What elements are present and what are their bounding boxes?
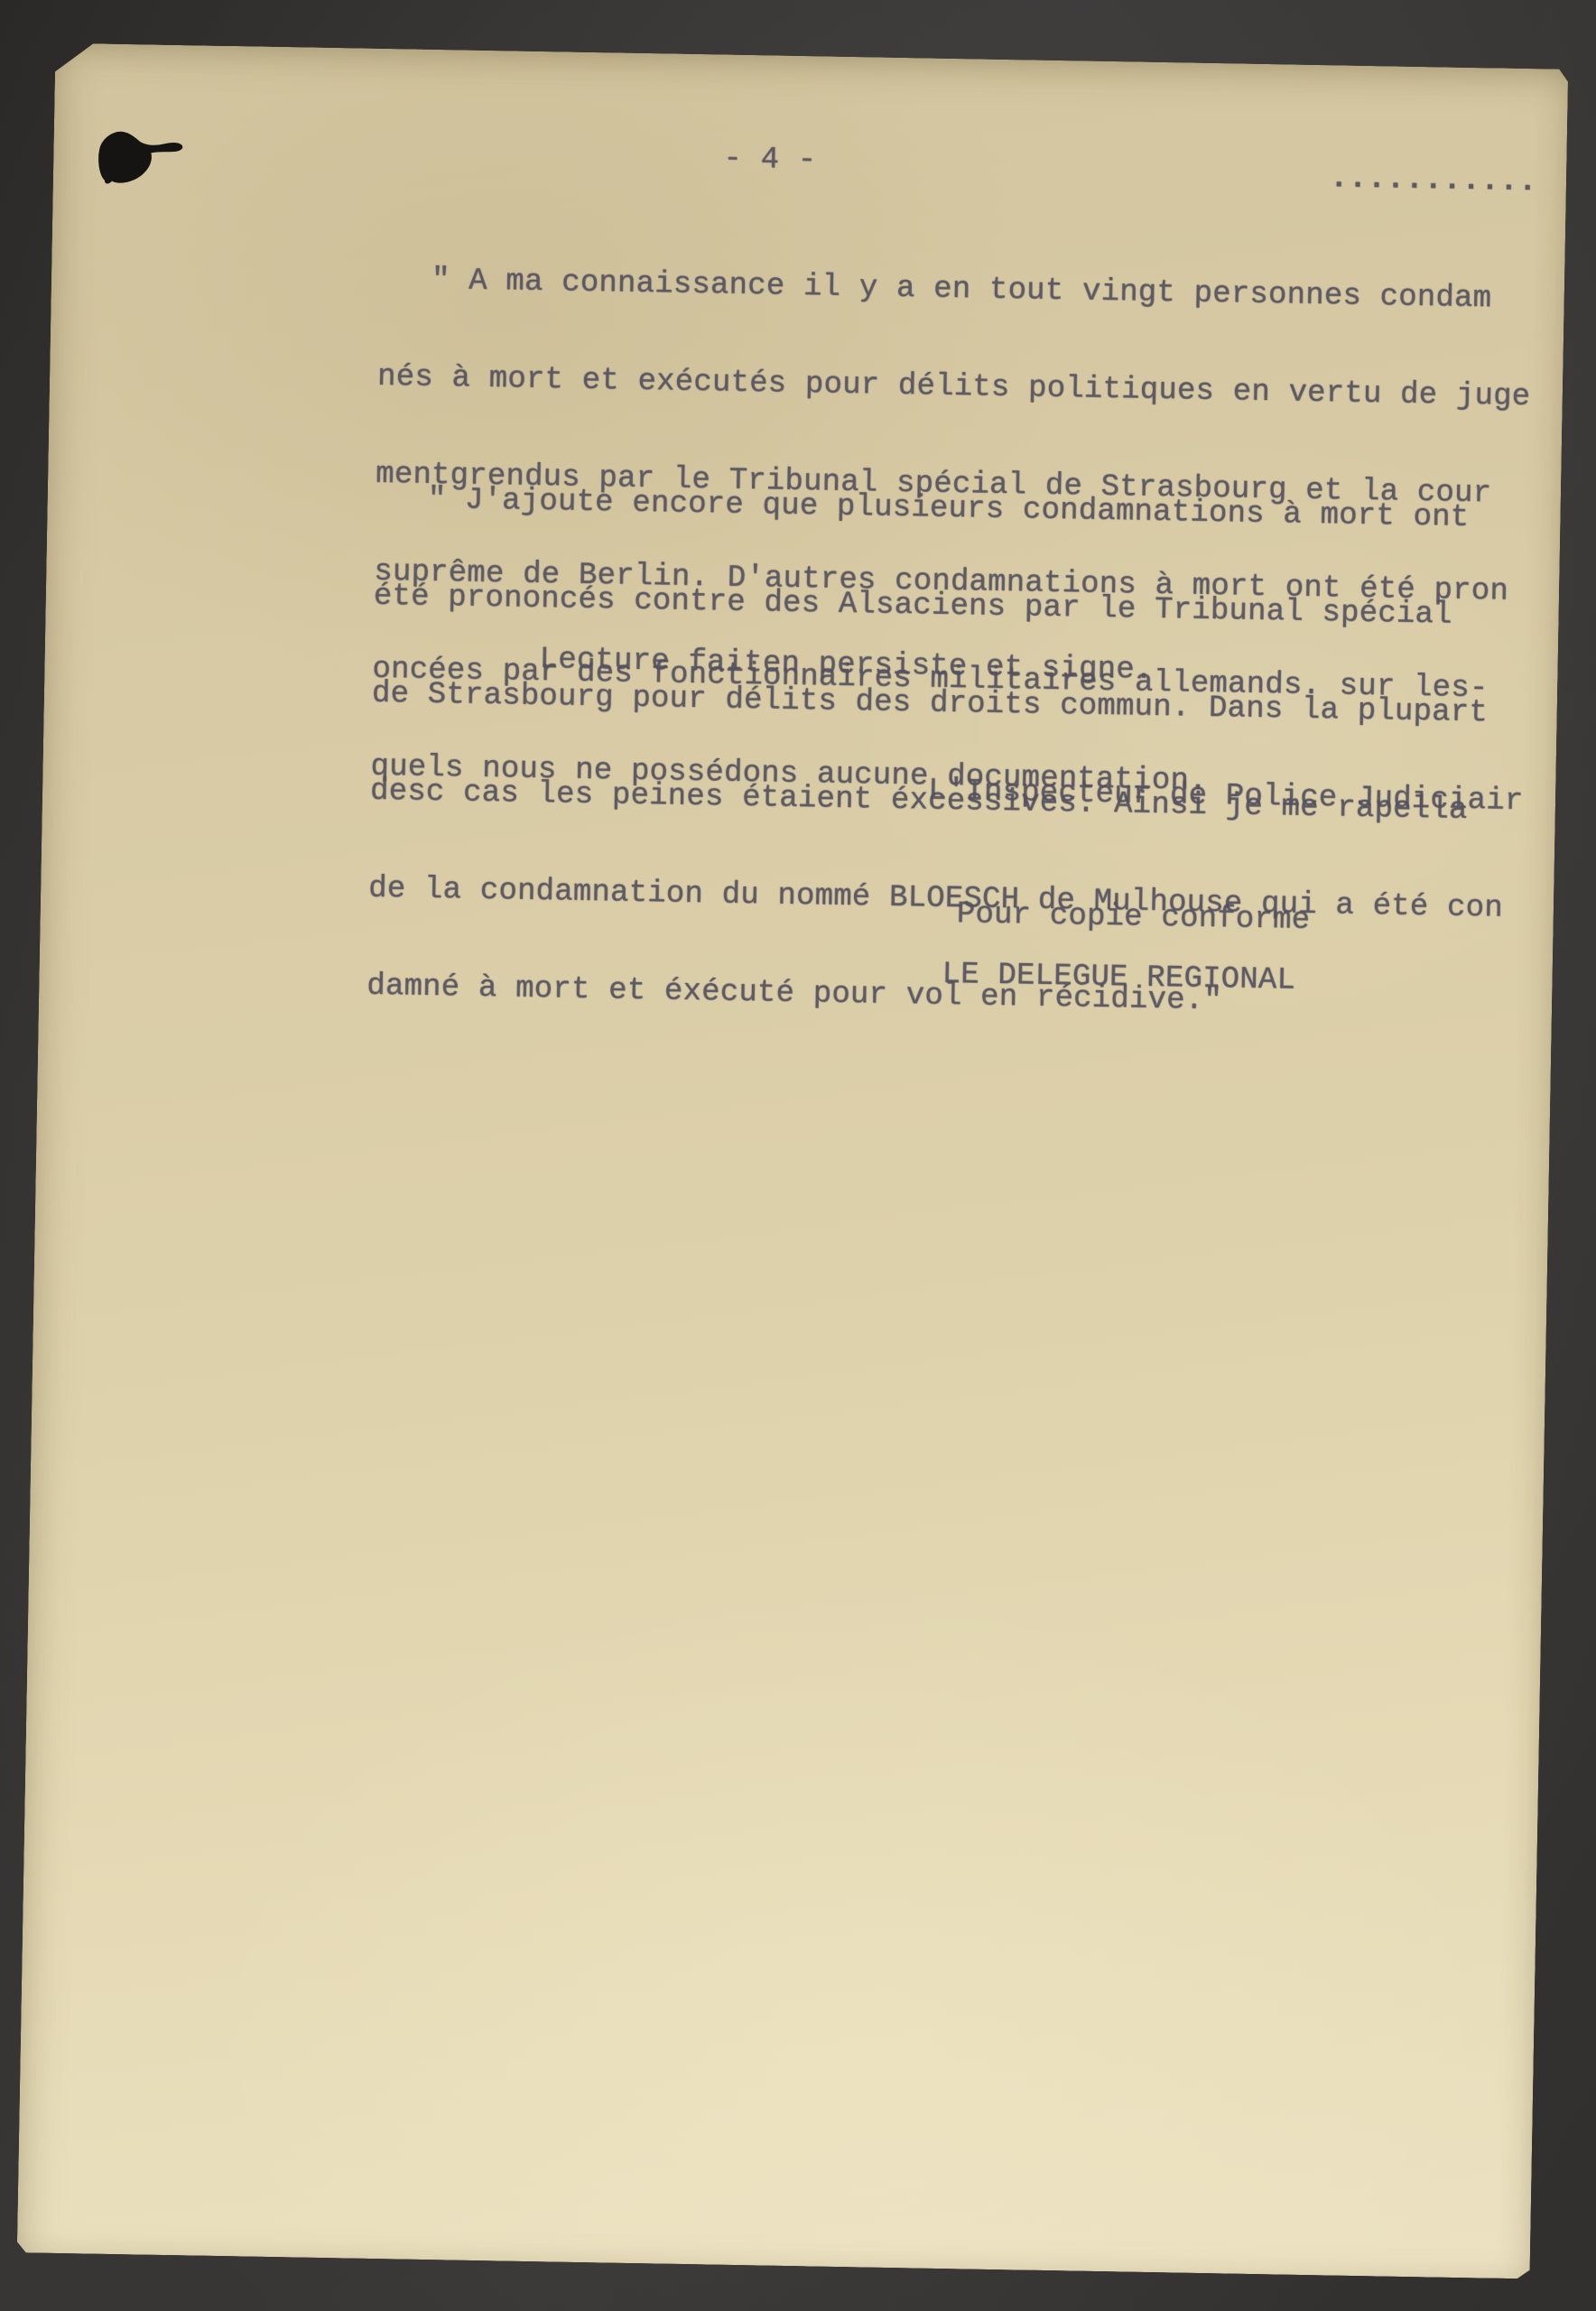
typed-line: nés à mort et exécutés pour délits polit… (377, 361, 1569, 414)
regional-delegate-line: LE DELEGUE REGIONAL (942, 959, 1295, 998)
document-page: - 4 - ........... " A ma connaissance il… (17, 43, 1568, 2279)
ink-blot-stain (88, 121, 202, 195)
typed-line: " J'ajoute encore que plusieurs condamna… (375, 483, 1566, 536)
dotted-separator: ........... (1330, 162, 1538, 199)
scan-background: { "page": { "number_label": "- 4 -", "do… (0, 0, 1596, 2311)
copy-certification-line: Pour copie conforme (956, 898, 1310, 937)
page-number: - 4 - (723, 143, 817, 177)
typed-line: " A ma connaissance il y a en tout vingt… (379, 264, 1571, 317)
typed-line: de Strasbourg pour délits des droits com… (372, 678, 1564, 731)
typed-line: été prononcés contre des Alsaciens par l… (374, 580, 1565, 634)
